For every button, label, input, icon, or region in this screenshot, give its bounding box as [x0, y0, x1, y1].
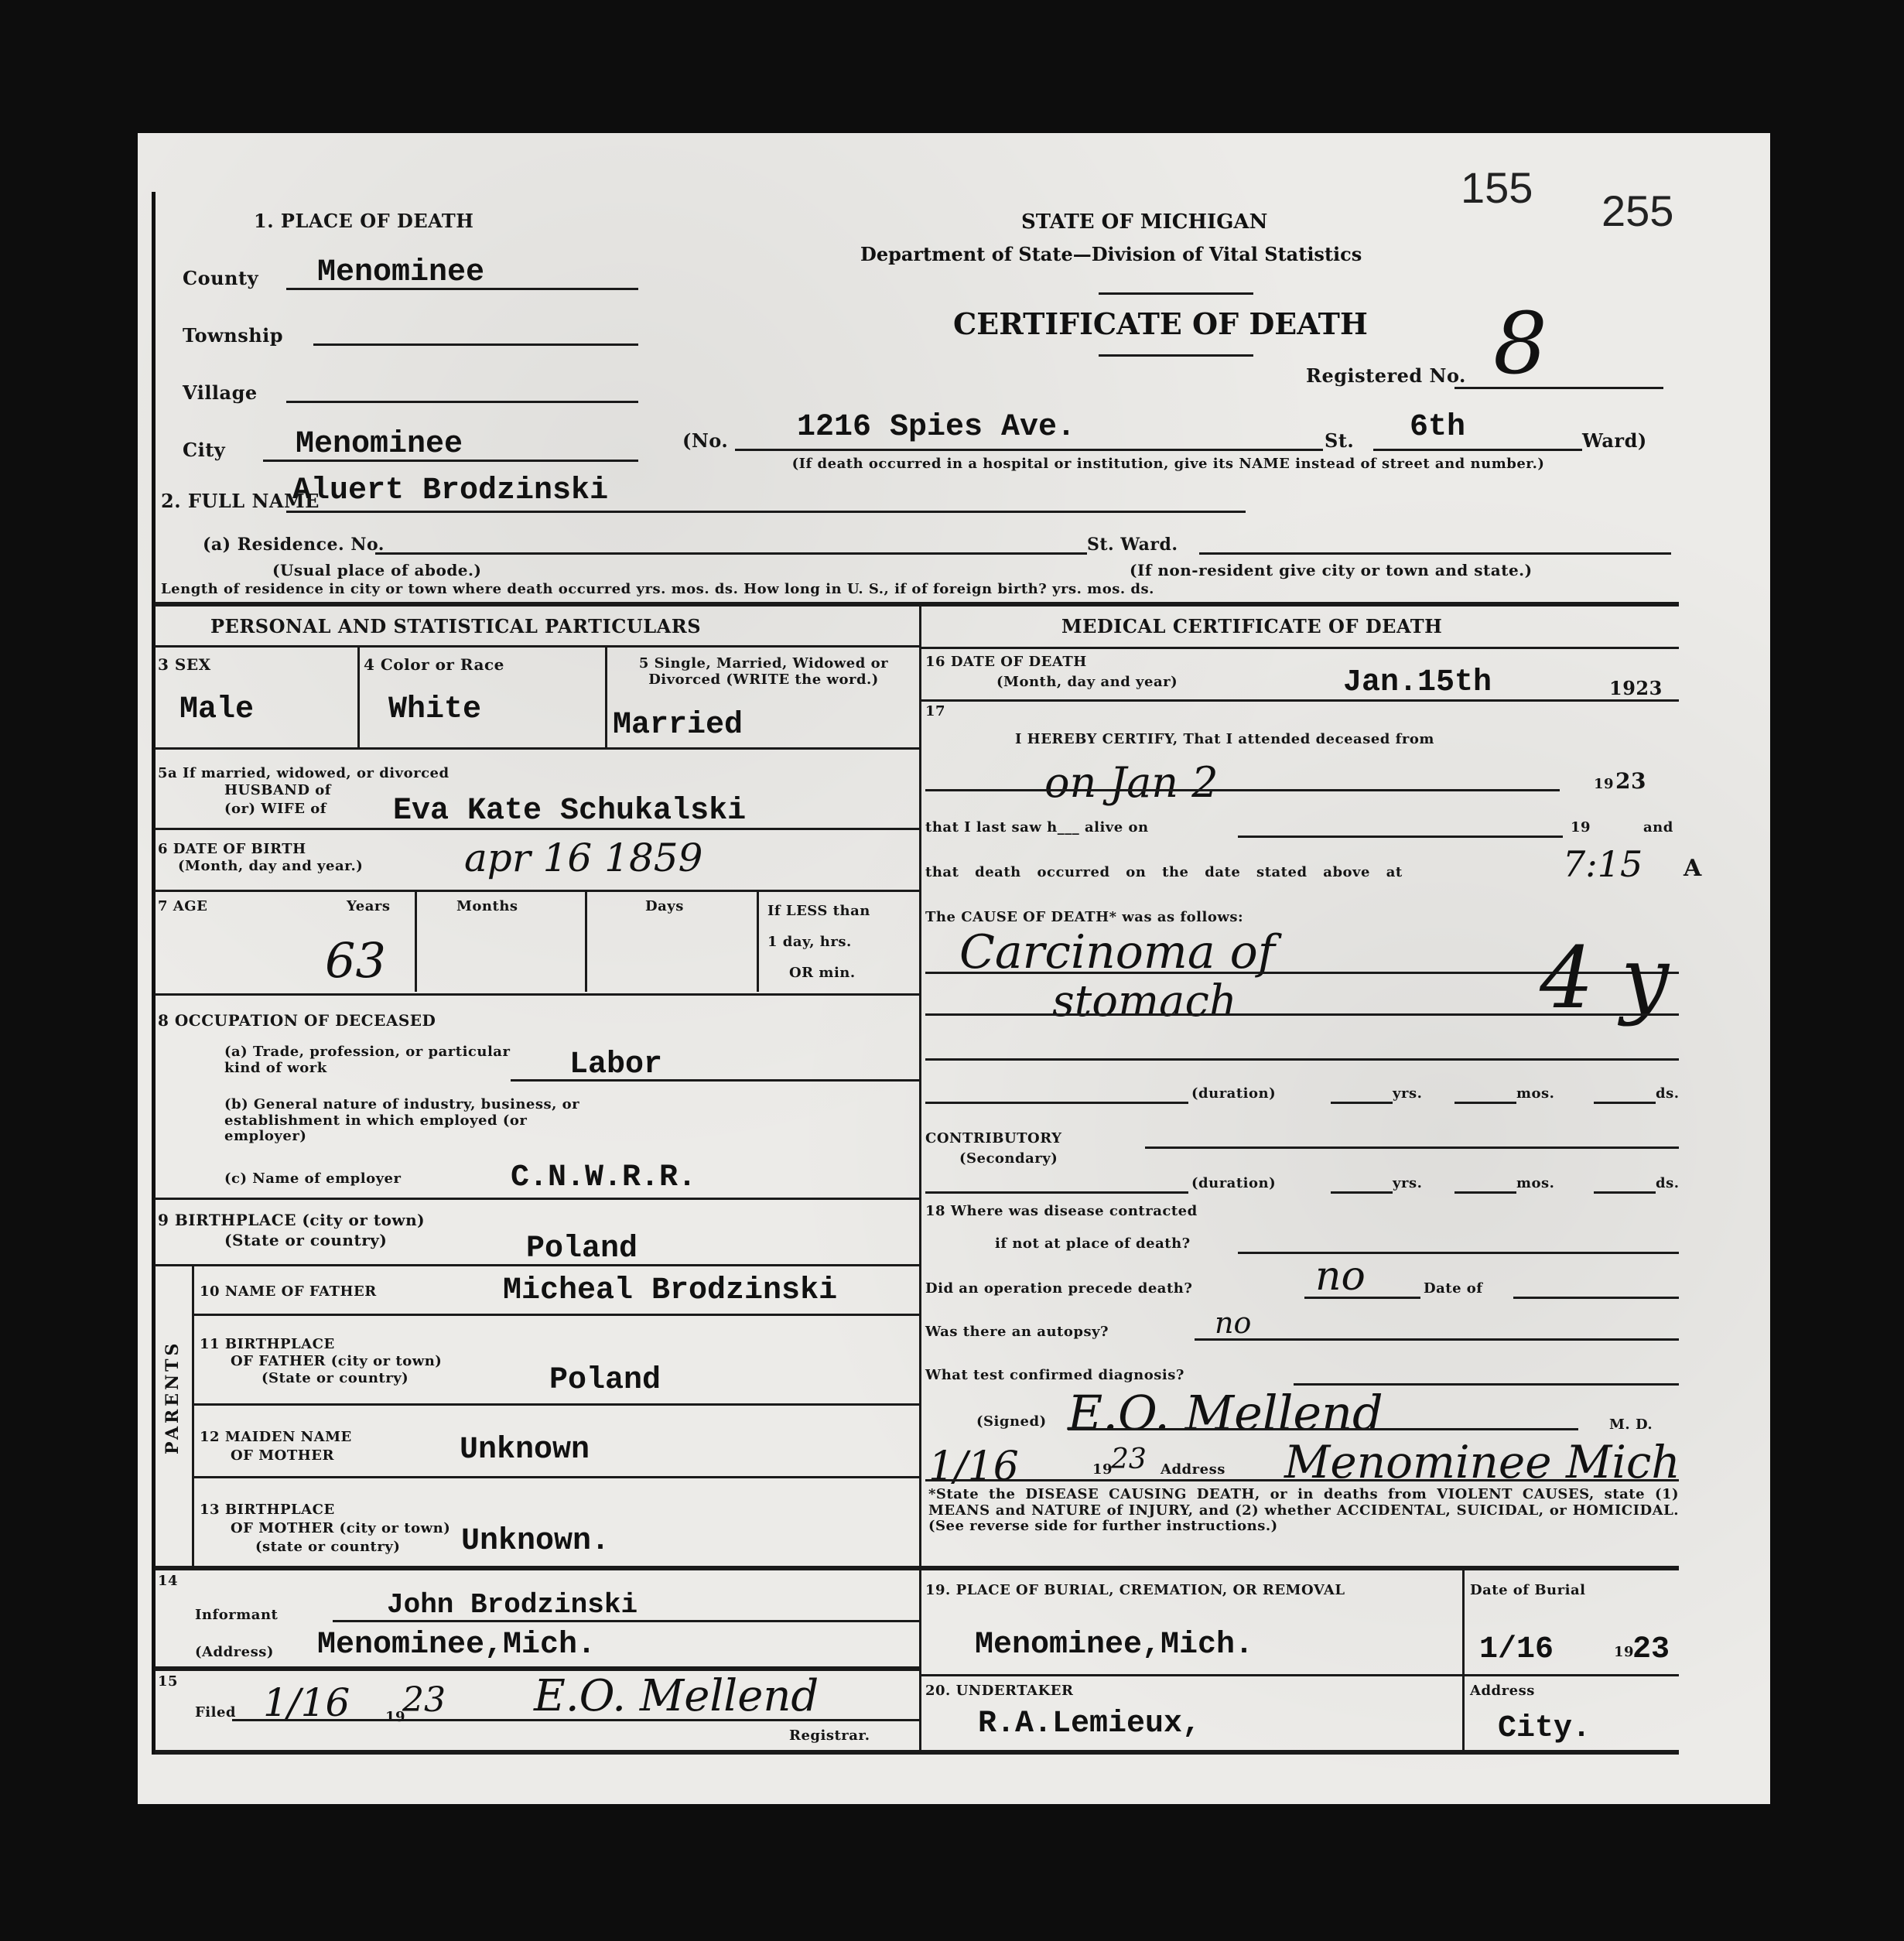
- operation-label: Did an operation precede death?: [925, 1281, 1192, 1297]
- underline: [263, 460, 638, 462]
- underline: [1454, 1191, 1516, 1194]
- filed-year: 23: [402, 1680, 446, 1720]
- underline: [925, 1058, 1679, 1061]
- cause-duration: 4 y: [1540, 928, 1669, 1027]
- mos-label-2: mos.: [1516, 1176, 1554, 1192]
- divider: [921, 699, 1679, 702]
- father-label: 10 NAME OF FATHER: [200, 1284, 377, 1300]
- place-of-death-label: 1. PLACE OF DEATH: [254, 210, 473, 232]
- sex-label: 3 SEX: [158, 656, 211, 674]
- registered-no-label: Registered No.: [1306, 365, 1466, 387]
- spouse-label-3: (or) WIFE of: [224, 801, 326, 818]
- page-title: CERTIFICATE OF DEATH: [953, 306, 1368, 341]
- divider: [1099, 354, 1253, 357]
- birthplace-label-2: (State or country): [224, 1232, 387, 1249]
- medical-section-title: MEDICAL CERTIFICATE OF DEATH: [1061, 616, 1442, 637]
- underline: [1304, 1297, 1420, 1299]
- father-value: Micheal Brodzinski: [503, 1273, 837, 1308]
- ds-label-2: ds.: [1656, 1176, 1680, 1192]
- duration-label-2: (duration): [1191, 1176, 1276, 1192]
- where-contracted-sub-label: if not at place of death?: [995, 1236, 1191, 1252]
- father-bp-label-1: 11 BIRTHPLACE: [200, 1337, 335, 1353]
- divider: [921, 1674, 1679, 1676]
- divider: [155, 1198, 919, 1200]
- yrs-label-2: yrs.: [1393, 1176, 1422, 1192]
- divider: [1099, 292, 1253, 295]
- mother-label-2: OF MOTHER: [231, 1448, 334, 1464]
- burial-year: 23: [1632, 1632, 1670, 1667]
- underline: [925, 1191, 1188, 1194]
- dob-label-2: (Month, day and year.): [178, 859, 363, 875]
- ds-label: ds.: [1656, 1086, 1680, 1102]
- cell-divider: [415, 891, 417, 992]
- dod-label-1: 16 DATE OF DEATH: [925, 654, 1087, 671]
- mos-label: mos.: [1516, 1086, 1554, 1102]
- divider: [193, 1476, 919, 1478]
- less-than-label-1: If LESS than: [767, 904, 870, 920]
- operation-value: no: [1315, 1253, 1366, 1300]
- county-value: Menominee: [317, 255, 484, 290]
- yrs-label: yrs.: [1393, 1086, 1422, 1102]
- spouse-label-1: 5a If married, widowed, or divorced: [158, 766, 450, 782]
- dod-value: Jan.15th: [1343, 665, 1492, 700]
- race-value: White: [388, 692, 481, 727]
- registrar-signature: E.O. Mellend: [534, 1671, 819, 1721]
- employer-label: (c) Name of employer: [224, 1171, 401, 1187]
- city-label: City: [183, 439, 225, 461]
- days-label: Days: [645, 899, 684, 915]
- spouse-value: Eva Kate Schukalski: [393, 794, 746, 829]
- filed-num: 15: [158, 1674, 178, 1690]
- years-label: Years: [347, 899, 391, 915]
- cause-footnote: *State the DISEASE CAUSING DEATH, or in …: [928, 1487, 1679, 1535]
- length-of-residence-note: Length of residence in city or town wher…: [161, 582, 1154, 598]
- form-left-border: [152, 192, 156, 1755]
- informant-address-label: (Address): [195, 1645, 274, 1661]
- dod-year: 1923: [1609, 678, 1663, 699]
- industry-label: (b) General nature of industry, business…: [224, 1097, 611, 1145]
- burial-place-label: 19. PLACE OF BURIAL, CREMATION, OR REMOV…: [925, 1583, 1451, 1599]
- cause-label: The CAUSE OF DEATH* was as follows:: [925, 910, 1243, 926]
- less-than-label-2: 1 day, hrs.: [767, 935, 852, 951]
- underline: [313, 343, 638, 346]
- attended-year: 23: [1615, 769, 1646, 794]
- underline: [1145, 1146, 1679, 1149]
- signed-label: (Signed): [976, 1414, 1047, 1430]
- full-name-value: Aluert Brodzinski: [292, 473, 608, 508]
- underline: [375, 552, 1087, 555]
- underline: [232, 1719, 919, 1721]
- dob-label-1: 6 DATE OF BIRTH: [158, 842, 306, 858]
- autopsy-label: Was there an autopsy?: [925, 1324, 1109, 1341]
- underline: [925, 1479, 1679, 1481]
- marital-value: Married: [613, 708, 743, 743]
- city-value: Menominee: [296, 427, 463, 462]
- mother-value: Unknown: [460, 1433, 590, 1468]
- dob-value: apr 16 1859: [464, 836, 702, 880]
- certify-text: I HEREBY CERTIFY, That I attended deceas…: [1015, 732, 1434, 748]
- trade-value: Labor: [569, 1047, 662, 1082]
- time-ampm: A: [1684, 856, 1702, 883]
- underline: [1199, 552, 1671, 555]
- informant-label: Informant: [195, 1608, 278, 1624]
- column-divider: [919, 607, 921, 1751]
- st-label: St.: [1325, 430, 1354, 452]
- signed-address-label: Address: [1161, 1462, 1225, 1478]
- spouse-label-2: HUSBAND of: [224, 783, 331, 799]
- underline: [1454, 1102, 1516, 1104]
- hospital-note: (If death occurred in a hospital or inst…: [743, 456, 1594, 473]
- time-of-death: 7:15: [1563, 843, 1642, 885]
- signed-year: 23: [1111, 1444, 1147, 1475]
- underline: [925, 1013, 1679, 1016]
- state-heading: STATE OF MICHIGAN: [1021, 210, 1267, 234]
- cell-divider: [357, 647, 360, 747]
- underline: [286, 288, 638, 290]
- underline: [1454, 387, 1663, 389]
- underline: [1331, 1191, 1393, 1194]
- township-label: Township: [183, 325, 283, 347]
- underline: [511, 1079, 919, 1082]
- less-than-label-3: OR min.: [789, 965, 856, 982]
- physician-signature: E.O. Mellend: [1068, 1385, 1383, 1441]
- informant-address-value: Menominee,Mich.: [317, 1628, 596, 1662]
- months-label: Months: [456, 899, 518, 915]
- burial-date-value: 1/16: [1479, 1632, 1554, 1667]
- dod-label-2: (Month, day and year): [996, 675, 1178, 691]
- st-ward-label: St. Ward.: [1087, 535, 1178, 555]
- mother-bp-label-1: 13 BIRTHPLACE: [200, 1502, 335, 1519]
- underline: [1513, 1297, 1679, 1299]
- personal-section-title: PERSONAL AND STATISTICAL PARTICULARS: [210, 616, 701, 637]
- md-label: M. D.: [1609, 1417, 1653, 1434]
- mother-bp-value: Unknown.: [461, 1524, 610, 1559]
- underline: [1068, 1428, 1578, 1430]
- last-saw-text: that I last saw h___ alive on: [925, 820, 1149, 836]
- divider: [193, 1403, 919, 1406]
- last-saw-year-prefix: 19: [1571, 820, 1591, 836]
- and-label: and: [1643, 820, 1673, 836]
- divider: [155, 993, 919, 996]
- nonresident-note: (If non-resident give city or town and s…: [1130, 562, 1533, 579]
- employer-value: C.N.W.R.R.: [511, 1160, 696, 1195]
- autopsy-value: no: [1215, 1306, 1251, 1340]
- burial-date-label: Date of Burial: [1470, 1583, 1585, 1599]
- ward-value: 6th: [1410, 410, 1465, 445]
- informant-num: 14: [158, 1574, 178, 1590]
- county-label: County: [183, 268, 258, 289]
- death-occurred-text: that death occurred on the date stated a…: [925, 865, 1403, 881]
- divider: [921, 647, 1679, 649]
- residence-label: (a) Residence. No.: [203, 535, 385, 555]
- cause-line-2: stomach: [1052, 976, 1237, 1027]
- trade-label: (a) Trade, profession, or particular kin…: [224, 1044, 549, 1076]
- parents-side-label: PARENTS: [162, 1341, 183, 1454]
- undertaker-address-value: City.: [1498, 1711, 1591, 1746]
- item-17-num: 17: [925, 704, 945, 720]
- underline: [1373, 449, 1582, 451]
- abode-note: (Usual place of abode.): [272, 562, 481, 579]
- father-bp-label-3: (State or country): [262, 1371, 408, 1387]
- father-bp-label-2: OF FATHER (city or town): [231, 1354, 442, 1370]
- section-divider: [155, 1566, 919, 1570]
- divider: [155, 828, 919, 830]
- occupation-label: 8 OCCUPATION OF DECEASED: [158, 1012, 436, 1030]
- burial-year-prefix: 19: [1614, 1645, 1634, 1661]
- duration-label: (duration): [1191, 1086, 1276, 1102]
- registered-no-value: 8: [1493, 294, 1547, 393]
- underline: [286, 401, 638, 403]
- undertaker-address-label: Address: [1470, 1683, 1535, 1700]
- underline: [1238, 1252, 1679, 1254]
- underline: [1238, 836, 1563, 838]
- registrar-label: Registrar.: [789, 1728, 870, 1745]
- marital-label: 5 Single, Married, Widowed or Divorced (…: [613, 656, 914, 688]
- cell-divider: [1462, 1570, 1465, 1750]
- age-label: 7 AGE: [158, 899, 207, 915]
- underline: [1594, 1102, 1656, 1104]
- sex-value: Male: [179, 692, 254, 727]
- divider: [155, 747, 919, 750]
- stamp-number-2: 255: [1601, 186, 1673, 236]
- department-heading: Department of State—Division of Vital St…: [860, 243, 1362, 265]
- race-label: 4 Color or Race: [364, 656, 504, 674]
- cell-divider: [585, 891, 587, 992]
- village-label: Village: [183, 382, 258, 404]
- ward-label: Ward): [1582, 430, 1647, 452]
- underline: [286, 511, 1246, 513]
- filed-label: Filed: [195, 1705, 236, 1721]
- divider: [155, 890, 919, 892]
- secondary-label: (Secondary): [959, 1151, 1058, 1167]
- attended-year-prefix: 19: [1594, 777, 1614, 793]
- contributory-label: CONTRIBUTORY: [925, 1131, 1061, 1147]
- signed-date: 1/16: [928, 1444, 1019, 1490]
- divider: [155, 1264, 919, 1266]
- burial-place-value: Menominee,Mich.: [975, 1628, 1253, 1662]
- street-value: 1216 Spies Ave.: [797, 410, 1075, 445]
- father-bp-value: Poland: [549, 1363, 661, 1398]
- underline: [1195, 1338, 1679, 1341]
- section-divider: [155, 602, 1679, 607]
- birthplace-value: Poland: [526, 1232, 638, 1266]
- underline: [925, 789, 1560, 791]
- signed-year-prefix: 19: [1092, 1462, 1113, 1478]
- divider: [193, 1314, 919, 1316]
- cell-divider: [605, 647, 607, 747]
- where-contracted-label: 18 Where was disease contracted: [925, 1204, 1198, 1220]
- operation-date-label: Date of: [1424, 1281, 1483, 1297]
- undertaker-value: R.A.Lemieux,: [978, 1707, 1201, 1741]
- bottom-border: [155, 1750, 1679, 1755]
- test-diagnosis-label: What test confirmed diagnosis?: [925, 1368, 1184, 1384]
- cell-divider: [757, 891, 759, 992]
- divider: [155, 645, 919, 648]
- mother-bp-label-3: (state or country): [255, 1539, 400, 1556]
- underline: [1594, 1191, 1656, 1194]
- street-no-label: (No.: [682, 430, 728, 452]
- informant-value: John Brodzinski: [387, 1589, 638, 1621]
- parents-divider: [192, 1266, 194, 1567]
- stamp-number-1: 155: [1461, 162, 1533, 213]
- mother-label-1: 12 MAIDEN NAME: [200, 1430, 352, 1446]
- undertaker-label: 20. UNDERTAKER: [925, 1683, 1073, 1700]
- underline: [925, 1102, 1188, 1104]
- mother-bp-label-2: OF MOTHER (city or town): [231, 1521, 450, 1537]
- underline: [735, 449, 1323, 451]
- attended-from-value: on Jan 2: [1044, 758, 1219, 807]
- underline: [1331, 1102, 1393, 1104]
- age-years-value: 63: [325, 932, 386, 989]
- birthplace-label-1: 9 BIRTHPLACE (city or town): [158, 1211, 425, 1229]
- underline: [333, 1620, 919, 1622]
- section-divider: [921, 1566, 1679, 1570]
